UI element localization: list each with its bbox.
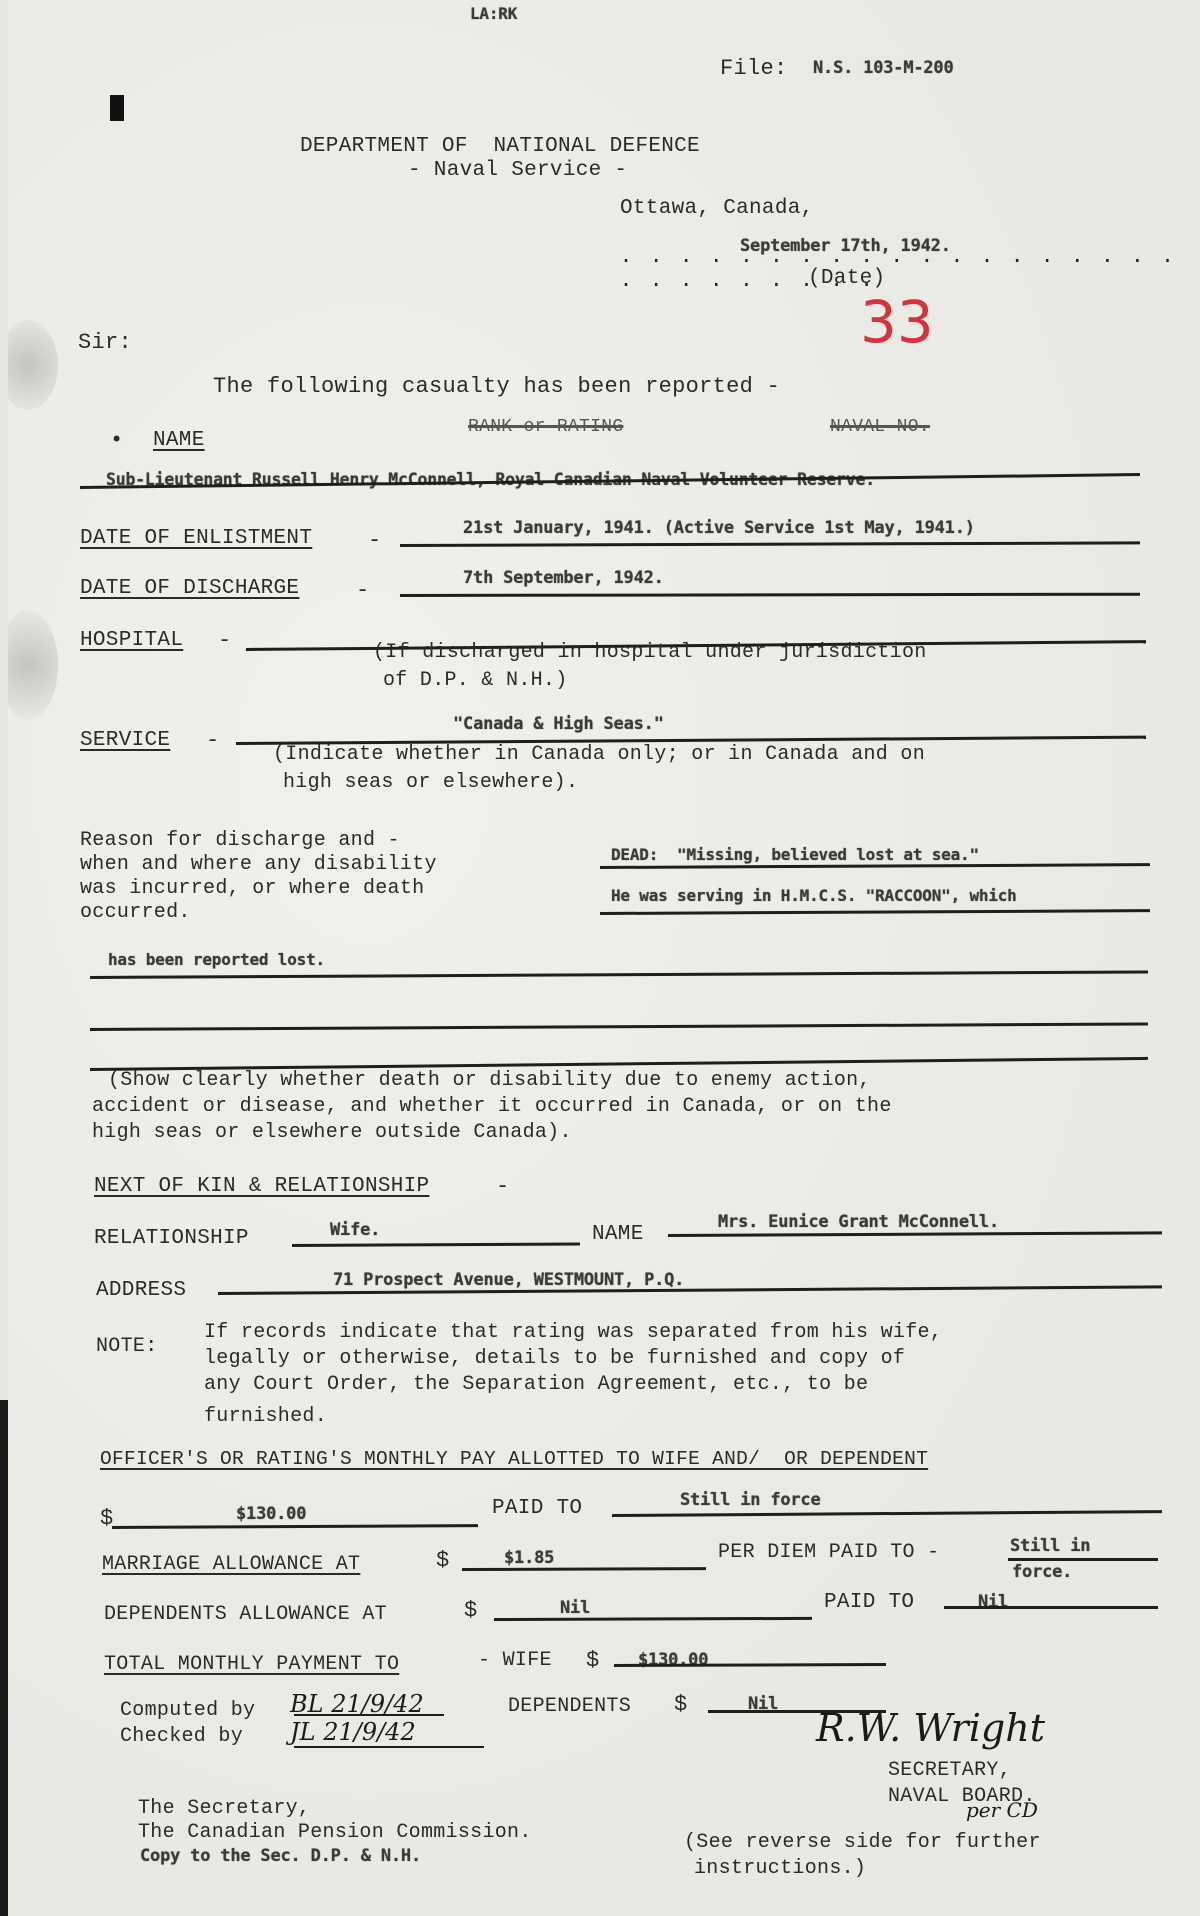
date-value: September 17th, 1942. [740,236,951,256]
service-note-2: high seas or elsewhere). [283,770,578,796]
red-annotation: 33 [860,288,934,356]
marriage-allowance-value: $1.85 [504,1548,554,1568]
note-line-4: furnished. [204,1404,327,1430]
dependents-allowance-label: DEPENDENTS ALLOWANCE AT [104,1602,387,1628]
initials: LA:RK [470,4,517,23]
relationship-line [292,1242,580,1247]
address-value: 71 Prospect Avenue, WESTMOUNT, P.Q. [333,1270,684,1290]
checked-signature: JL 21/9/42 [290,1718,416,1746]
hospital-note-2: of D.P. & N.H.) [383,668,568,694]
total-dependents-label: DEPENDENTS [508,1694,631,1720]
recipient-line-2: The Canadian Pension Commission. [138,1820,532,1846]
paid-to-label: PAID TO [492,1496,582,1522]
intro-text: The following casualty has been reported… [213,374,780,400]
kin-name-line [668,1231,1162,1237]
reason-label-2: when and where any disability [80,852,437,878]
total-wife-label: - WIFE [478,1648,552,1674]
per-diem-value-1: Still in [1010,1536,1090,1556]
paid-to-line [612,1510,1162,1517]
relationship-label: RELATIONSHIP [94,1226,249,1252]
discharge-value: 7th September, 1942. [463,568,664,588]
naval-no-label-struck: NAVAL NO. [830,414,930,440]
copy-to: Copy to the Sec. D.P. & N.H. [140,1846,421,1866]
per-diem-label: PER DIEM PAID TO - [718,1540,939,1566]
dependents-paid-to-label: PAID TO [824,1590,914,1616]
marriage-allowance-label: MARRIAGE ALLOWANCE AT [102,1552,360,1578]
enlistment-line [400,541,1140,547]
per-diem-value-2: force. [1012,1562,1072,1582]
total-payment-label: TOTAL MONTHLY PAYMENT TO [104,1652,399,1678]
secretary-signature: R.W. Wright [816,1706,1045,1750]
service-value: "Canada & High Seas." [453,714,664,734]
reverse-note-1: (See reverse side for further [684,1830,1041,1856]
address-label: ADDRESS [96,1278,186,1304]
note-label: NOTE: [96,1334,158,1360]
smudge [0,320,58,410]
allotted-line [112,1524,478,1529]
discharge-line [400,593,1140,597]
reason-note-3: high seas or elsewhere outside Canada). [92,1120,572,1146]
note-line-1: If records indicate that rating was sepa… [204,1320,942,1346]
recipient-line-1: The Secretary, [138,1796,310,1822]
smudge [0,610,58,720]
salutation: Sir: [78,330,132,356]
service-label: SERVICE [80,728,170,754]
hospital-label: HOSPITAL [80,628,183,654]
total-wife-line [614,1663,886,1667]
reason-label-1: Reason for discharge and - [80,828,400,854]
reverse-note-2: instructions.) [694,1856,866,1882]
note-line-2: legally or otherwise, details to be furn… [204,1346,905,1372]
dependents-allowance-value: Nil [560,1598,590,1618]
currency-sign: $ [674,1692,688,1718]
computed-label: Computed by [120,1698,255,1724]
per-initials: per CD [966,1798,1038,1822]
enlistment-label: DATE OF ENLISTMENT [80,526,312,552]
reason-value-3: has been reported lost. [108,950,325,969]
punch-mark [110,95,124,121]
total-wife-value: $130.00 [638,1650,708,1670]
location: Ottawa, Canada, [620,196,814,222]
document-page: LA:RK File: N.S. 103-M-200 DEPARTMENT OF… [8,0,1200,1916]
reason-label-4: occurred. [80,900,191,926]
kin-name-value: Mrs. Eunice Grant McConnell. [718,1212,999,1232]
service-note-1: (Indicate whether in Canada only; or in … [273,742,925,768]
reason-line-4 [90,1022,1148,1031]
discharge-label: DATE OF DISCHARGE [80,576,299,602]
dependents-paid-line [944,1606,1158,1609]
reason-note-2: accident or disease, and whether it occu… [92,1094,892,1120]
kin-name-label: NAME [592,1222,644,1248]
per-diem-line [1008,1558,1158,1561]
reason-line-3 [90,970,1148,979]
currency-sign: $ [436,1548,450,1574]
checked-line [294,1746,484,1748]
note-line-3: any Court Order, the Separation Agreemen… [204,1372,868,1398]
dash: - [496,1174,510,1200]
secretary-title-1: SECRETARY, [888,1758,1011,1784]
checked-label: Checked by [120,1724,243,1750]
dash: - [218,628,232,654]
branch-title: - Naval Service - [408,158,627,184]
computed-line [294,1714,444,1716]
currency-sign: $ [586,1648,600,1674]
bullet: • [110,428,124,454]
reason-line-1 [600,863,1150,869]
page-edge [0,0,8,1400]
allotted-amount: $130.00 [236,1504,306,1524]
dependents-line [494,1617,812,1621]
hospital-note-1: (If discharged in hospital under jurisdi… [373,640,927,666]
file-label: File: [720,56,788,82]
pay-heading: OFFICER'S OR RATING'S MONTHLY PAY ALLOTT… [100,1446,928,1472]
reason-value-2: He was serving in H.M.C.S. "RACCOON", wh… [611,886,1017,905]
dependents-paid-to-value: Nil [978,1592,1008,1612]
next-of-kin-heading: NEXT OF KIN & RELATIONSHIP [94,1174,429,1200]
reason-line-2 [600,909,1150,915]
marriage-line [462,1567,706,1571]
enlistment-value: 21st January, 1941. (Active Service 1st … [463,518,975,538]
reason-label-3: was incurred, or where death [80,876,424,902]
reason-value-1: DEAD: "Missing, believed lost at sea." [611,845,979,864]
relationship-value: Wife. [330,1220,380,1240]
file-number: N.S. 103-M-200 [813,58,954,78]
dash: - [206,728,220,754]
department-title: DEPARTMENT OF NATIONAL DEFENCE [300,134,700,160]
name-label: NAME [153,428,205,454]
reason-note-1: (Show clearly whether death or disabilit… [108,1068,871,1094]
currency-sign: $ [464,1598,478,1624]
rank-label-struck: RANK or RATING [468,414,623,440]
dash: - [356,578,370,604]
dash: - [368,528,382,554]
paid-to-value: Still in force [680,1490,821,1510]
